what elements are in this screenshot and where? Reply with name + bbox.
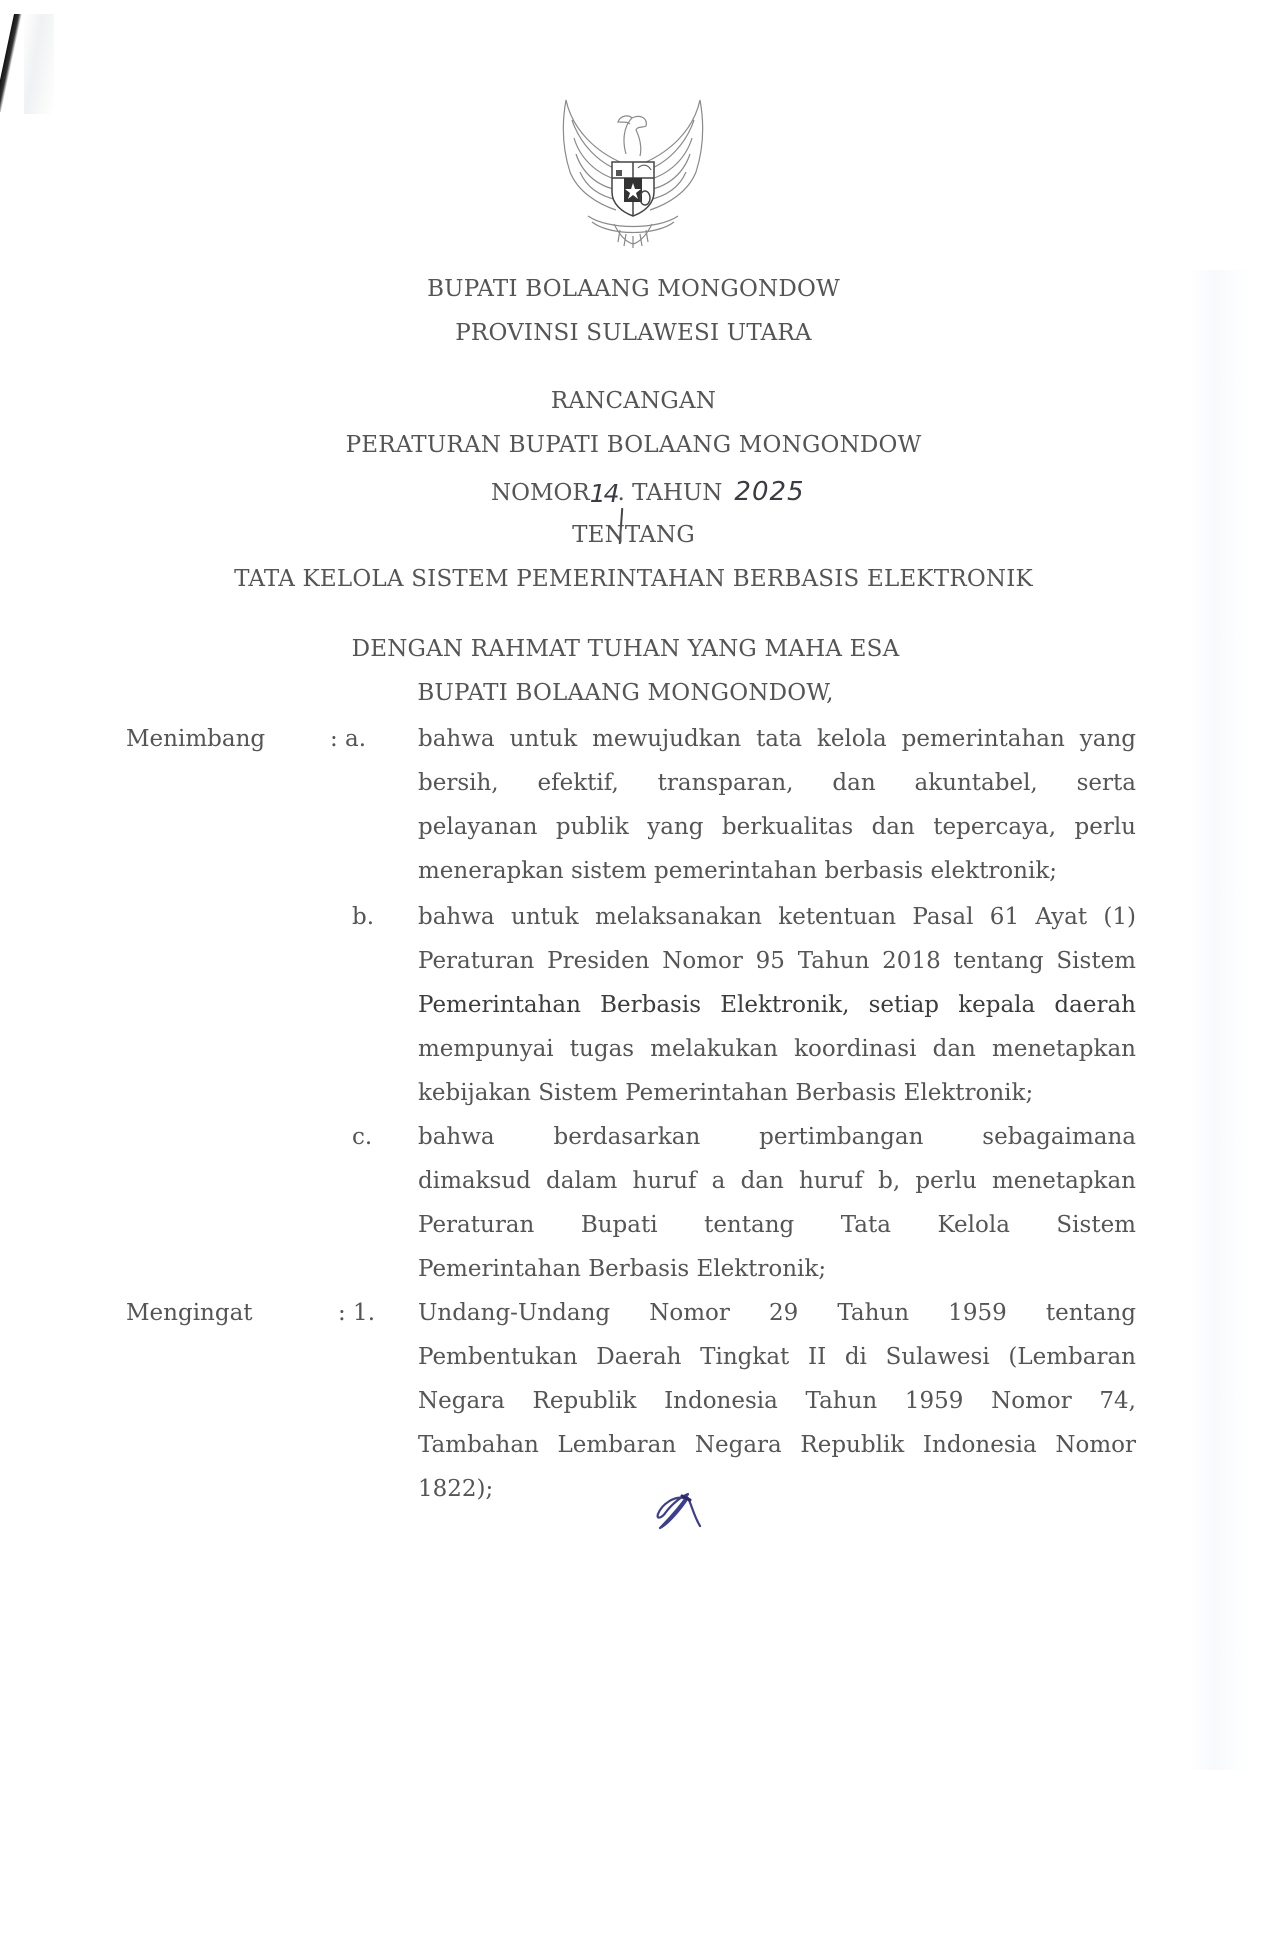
issuer-line-1: BUPATI BOLAANG MONGONDOW <box>0 276 1267 302</box>
document-type: PERATURAN BUPATI BOLAANG MONGONDOW <box>0 432 1267 458</box>
document-status: RANCANGAN <box>0 388 1267 414</box>
mengingat-marker-1: : 1. <box>338 1300 375 1326</box>
regulation-title: TATA KELOLA SISTEM PEMERINTAHAN BERBASIS… <box>0 566 1267 592</box>
menimbang-item-b: bahwa untuk melaksanakan ketentuan Pasal… <box>418 895 1136 1115</box>
scan-right-strip <box>1190 270 1250 1770</box>
scan-page-shadow <box>24 14 54 114</box>
text-line: kebijakan Sistem Pemerintahan Berbasis E… <box>418 1071 1136 1115</box>
tahun-label: . TAHUN <box>618 480 723 506</box>
menimbang-item-c: bahwa berdasarkan pertimbangan sebagaima… <box>418 1115 1136 1291</box>
nomor-label: NOMOR <box>491 480 590 506</box>
text-line: dimaksud dalam huruf a dan huruf b, perl… <box>418 1159 1136 1203</box>
text-line: 1822); <box>418 1467 1136 1511</box>
text-line: Tambahan Lembaran Negara Republik Indone… <box>418 1423 1136 1467</box>
text-line: Pembentukan Daerah Tingkat II di Sulawes… <box>418 1335 1136 1379</box>
text-line: bahwa berdasarkan pertimbangan sebagaima… <box>418 1115 1136 1159</box>
text-line: pelayanan publik yang berkualitas dan te… <box>418 805 1136 849</box>
scan-page-edge <box>0 14 22 112</box>
text-line: mempunyai tugas melakukan koordinasi dan… <box>418 1027 1136 1071</box>
text-line: Peraturan Bupati tentang Tata Kelola Sis… <box>418 1203 1136 1247</box>
text-line: Pemerintahan Berbasis Elektronik; <box>418 1247 1136 1291</box>
menimbang-label: Menimbang <box>126 726 265 752</box>
preamble-line-1: DENGAN RAHMAT TUHAN YANG MAHA ESA <box>0 636 1259 662</box>
text-line: bersih, efektif, transparan, dan akuntab… <box>418 761 1136 805</box>
mengingat-label: Mengingat <box>126 1300 253 1326</box>
menimbang-marker-c: c. <box>352 1124 372 1150</box>
handwritten-initial-icon <box>648 1488 704 1532</box>
menimbang-item-a: bahwa untuk mewujudkan tata kelola pemer… <box>418 717 1136 893</box>
garuda-pancasila-emblem-icon <box>548 92 718 257</box>
text-line: Pemerintahan Berbasis Elektronik, setiap… <box>418 983 1136 1027</box>
text-line: Undang-Undang Nomor 29 Tahun 1959 tentan… <box>418 1291 1136 1335</box>
text-line: bahwa untuk melaksanakan ketentuan Pasal… <box>418 895 1136 939</box>
text-line: menerapkan sistem pemerintahan berbasis … <box>418 849 1136 893</box>
text-line: bahwa untuk mewujudkan tata kelola pemer… <box>418 717 1136 761</box>
nomor-tahun-line: NOMOR14. TAHUN2025 <box>491 477 805 507</box>
nomor-handwritten-value: 14 <box>590 479 618 508</box>
text-line: Negara Republik Indonesia Tahun 1959 Nom… <box>418 1379 1136 1423</box>
preamble-line-2: BUPATI BOLAANG MONGONDOW, <box>0 680 1259 706</box>
issuer-line-2: PROVINSI SULAWESI UTARA <box>0 320 1267 346</box>
tahun-handwritten-value: 2025 <box>734 477 804 507</box>
text-line: Peraturan Presiden Nomor 95 Tahun 2018 t… <box>418 939 1136 983</box>
tentang-label: TENTANG <box>0 522 1267 548</box>
menimbang-marker-b: b. <box>352 904 374 930</box>
menimbang-marker-a: : a. <box>330 726 366 752</box>
mengingat-item-1: Undang-Undang Nomor 29 Tahun 1959 tentan… <box>418 1291 1136 1511</box>
